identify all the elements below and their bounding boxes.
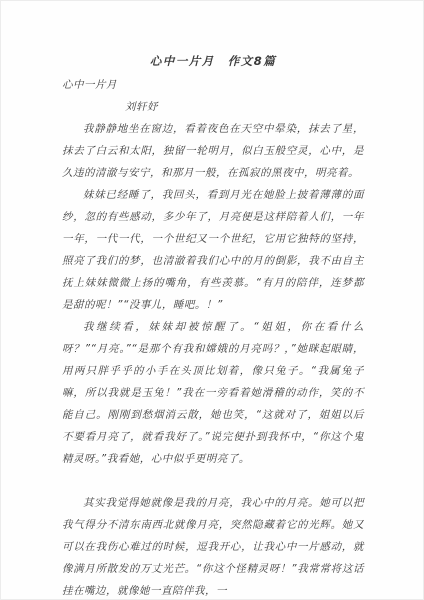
essay-paragraph-3: 我继续看，妹妹却被惊醒了。“姐姐，你在看什么呀？”“月亮。”“是那个有我和嫦娥的… (62, 316, 364, 470)
document-page: 心中一片月 作文8篇 心中一片月 刘轩妤 我静静地坐在窗边，看着夜色在天空中晕染… (0, 0, 424, 600)
essay-paragraph-1: 我静静地坐在窗边，看着夜色在天空中晕染，抹去了星，抹去了白云和太阳，独留一轮明月… (62, 118, 364, 184)
essay-heading: 心中一片月 (62, 74, 364, 96)
essay-paragraph-2: 妹妹已经睡了，我回头，看到月光在她脸上披着薄薄的面纱，忽的有些感动，多少年了，月… (62, 184, 364, 316)
essay-title: 心中一片月 作文8篇 (62, 50, 364, 72)
essay-paragraph-4: 其实我觉得她就像是我的月亮，我心中的月亮。她可以把我气得分不清东南西北就像月亮，… (62, 492, 364, 600)
author-byline: 刘轩妤 (62, 96, 364, 118)
